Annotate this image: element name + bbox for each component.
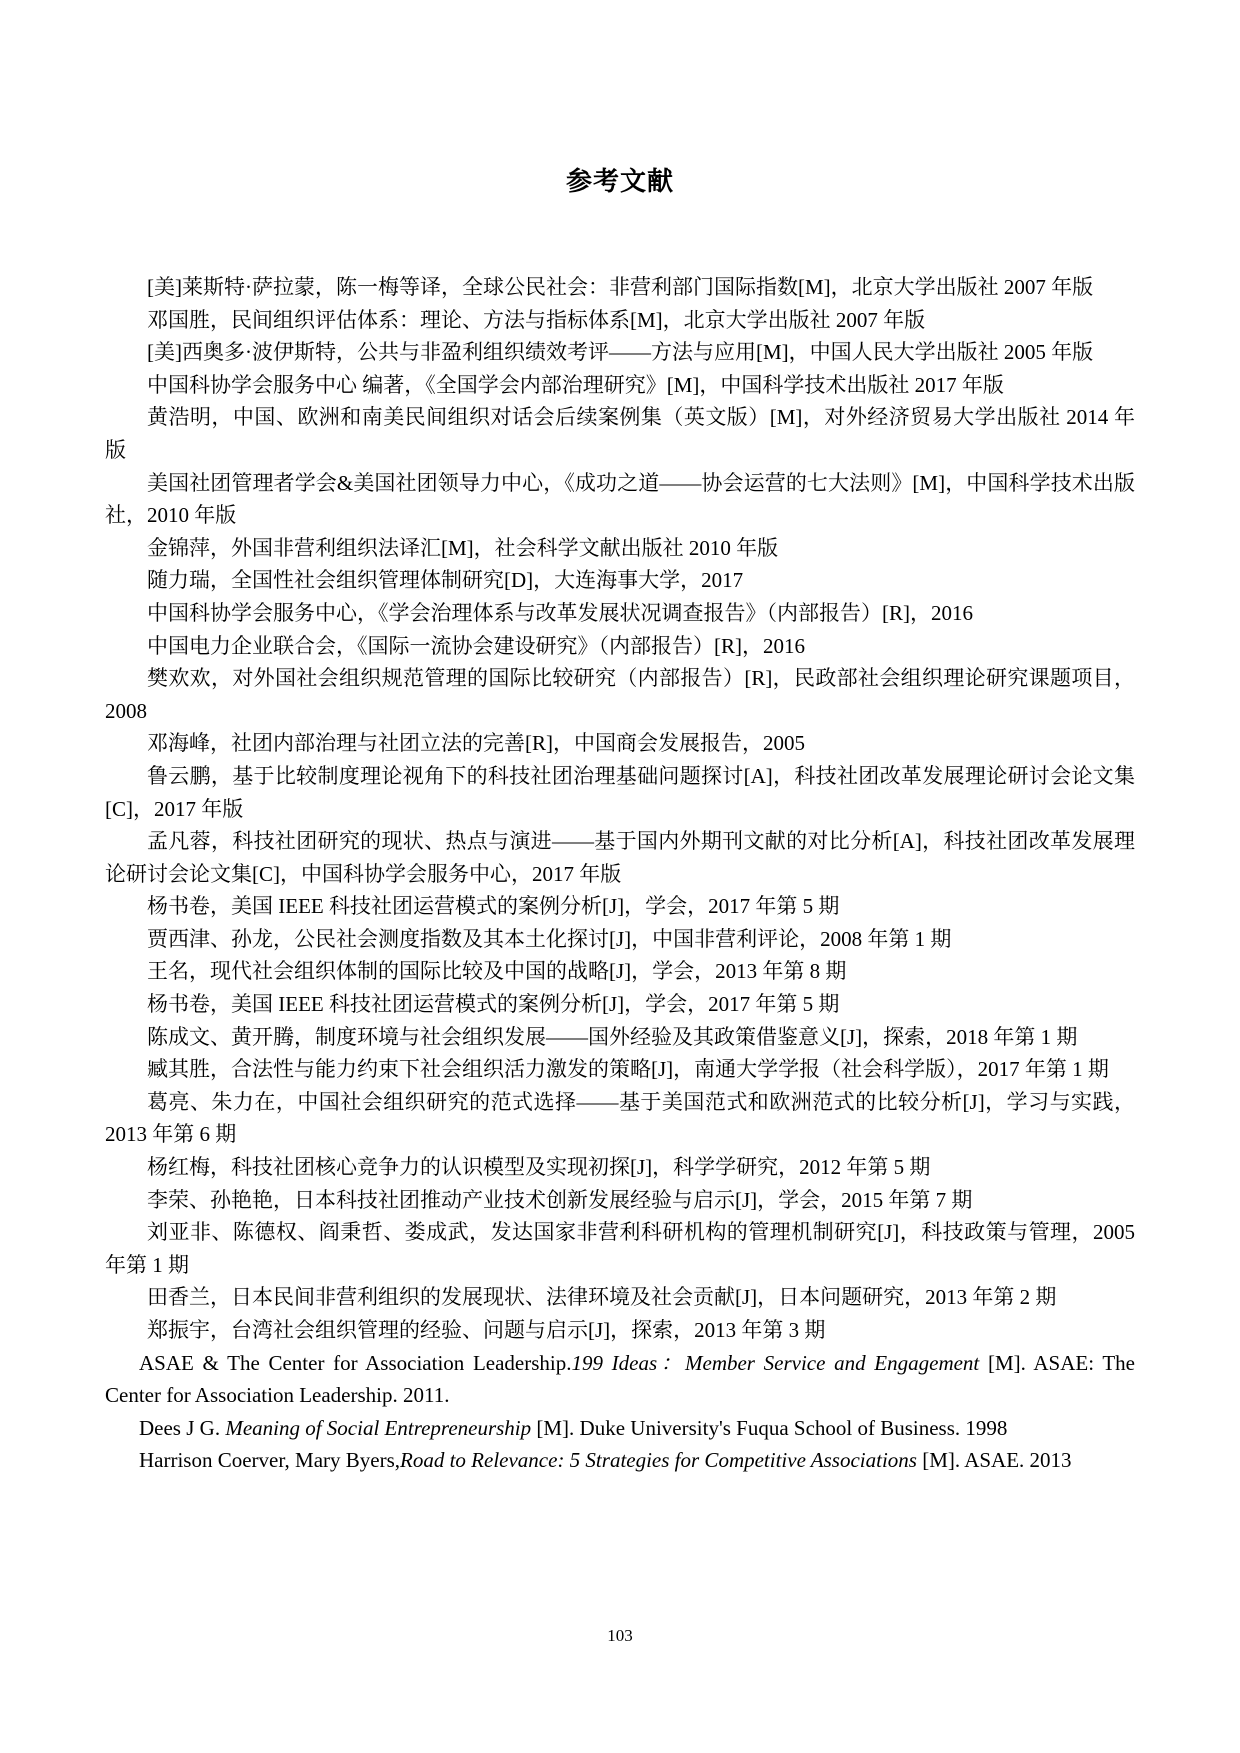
reference-item: Harrison Coerver, Mary Byers,Road to Rel… xyxy=(105,1444,1135,1477)
reference-item: 陈成文、黄开腾，制度环境与社会组织发展——国外经验及其政策借鉴意义[J]，探索，… xyxy=(105,1021,1135,1054)
reference-item: 田香兰，日本民间非营利组织的发展现状、法律环境及社会贡献[J]，日本问题研究，2… xyxy=(105,1281,1135,1314)
reference-item: ASAE & The Center for Association Leader… xyxy=(105,1347,1135,1412)
page-title: 参考文献 xyxy=(105,167,1135,197)
reference-item: 杨书卷，美国 IEEE 科技社团运营模式的案例分析[J]，学会，2017 年第 … xyxy=(105,988,1135,1021)
reference-item: Dees J G. Meaning of Social Entrepreneur… xyxy=(105,1412,1135,1445)
reference-item: 李荣、孙艳艳，日本科技社团推动产业技术创新发展经验与启示[J]，学会，2015 … xyxy=(105,1184,1135,1217)
reference-item: 王名，现代社会组织体制的国际比较及中国的战略[J]，学会，2013 年第 8 期 xyxy=(105,955,1135,988)
reference-item: 黄浩明，中国、欧洲和南美民间组织对话会后续案例集（英文版）[M]，对外经济贸易大… xyxy=(105,401,1135,466)
page-number: 103 xyxy=(0,1625,1240,1647)
reference-item: 臧其胜，合法性与能力约束下社会组织活力激发的策略[J]，南通大学学报（社会科学版… xyxy=(105,1053,1135,1086)
reference-item: 杨书卷，美国 IEEE 科技社团运营模式的案例分析[J]，学会，2017 年第 … xyxy=(105,890,1135,923)
reference-item: [美]西奥多·波伊斯特，公共与非盈利组织绩效考评——方法与应用[M]，中国人民大… xyxy=(105,336,1135,369)
reference-item: 邓国胜，民间组织评估体系：理论、方法与指标体系[M]，北京大学出版社 2007 … xyxy=(105,304,1135,337)
reference-item: 贾西津、孙龙，公民社会测度指数及其本土化探讨[J]，中国非营利评论，2008 年… xyxy=(105,923,1135,956)
reference-item: 杨红梅，科技社团核心竞争力的认识模型及实现初探[J]，科学学研究，2012 年第… xyxy=(105,1151,1135,1184)
reference-item: 中国电力企业联合会，《国际一流协会建设研究》（内部报告）[R]，2016 xyxy=(105,630,1135,663)
reference-item: 美国社团管理者学会&美国社团领导力中心，《成功之道——协会运营的七大法则》[M]… xyxy=(105,467,1135,532)
reference-item: 孟凡蓉，科技社团研究的现状、热点与演进——基于国内外期刊文献的对比分析[A]，科… xyxy=(105,825,1135,890)
references-list: [美]莱斯特·萨拉蒙，陈一梅等译，全球公民社会：非营利部门国际指数[M]，北京大… xyxy=(105,271,1135,1477)
reference-item: 金锦萍，外国非营利组织法译汇[M]，社会科学文献出版社 2010 年版 xyxy=(105,532,1135,565)
reference-item: 鲁云鹏，基于比较制度理论视角下的科技社团治理基础问题探讨[A]，科技社团改革发展… xyxy=(105,760,1135,825)
reference-item: 中国科协学会服务中心 编著，《全国学会内部治理研究》[M]，中国科学技术出版社 … xyxy=(105,369,1135,402)
reference-item: 樊欢欢，对外国社会组织规范管理的国际比较研究（内部报告）[R]，民政部社会组织理… xyxy=(105,662,1135,727)
reference-item: 葛亮、朱力在，中国社会组织研究的范式选择——基于美国范式和欧洲范式的比较分析[J… xyxy=(105,1086,1135,1151)
reference-item: 邓海峰，社团内部治理与社团立法的完善[R]，中国商会发展报告，2005 xyxy=(105,727,1135,760)
reference-item: 刘亚非、陈德权、阎秉哲、娄成武，发达国家非营利科研机构的管理机制研究[J]，科技… xyxy=(105,1216,1135,1281)
reference-item: 郑振宇，台湾社会组织管理的经验、问题与启示[J]，探索，2013 年第 3 期 xyxy=(105,1314,1135,1347)
reference-item: 随力瑞，全国性社会组织管理体制研究[D]，大连海事大学，2017 xyxy=(105,564,1135,597)
reference-item: 中国科协学会服务中心，《学会治理体系与改革发展状况调查报告》（内部报告）[R]，… xyxy=(105,597,1135,630)
document-page: 参考文献 [美]莱斯特·萨拉蒙，陈一梅等译，全球公民社会：非营利部门国际指数[M… xyxy=(0,0,1240,1753)
reference-item: [美]莱斯特·萨拉蒙，陈一梅等译，全球公民社会：非营利部门国际指数[M]，北京大… xyxy=(105,271,1135,304)
